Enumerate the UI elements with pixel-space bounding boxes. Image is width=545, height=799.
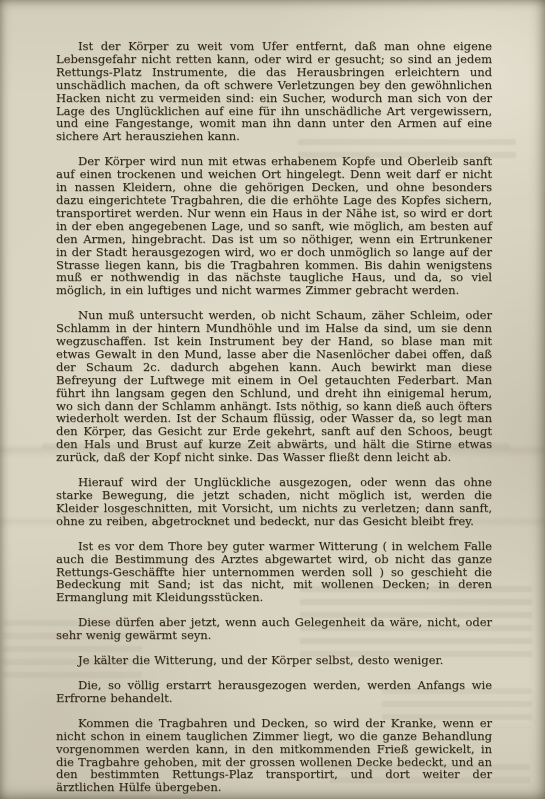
paragraph: Der Körper wird nun mit etwas erhabenem … (56, 155, 492, 297)
paragraph: Kommen die Tragbahren und Decken, so wir… (56, 717, 492, 794)
scanned-book-page: Ist der Körper zu weit vom Ufer entfernt… (0, 0, 545, 799)
paragraph: Die, so völlig erstarrt herausgezogen we… (56, 679, 492, 705)
paragraph: Hierauf wird der Unglückliche ausgezogen… (56, 476, 492, 528)
paragraph: Diese dürfen aber jetzt, wenn auch Geleg… (56, 616, 492, 642)
paragraph: Ist der Körper zu weit vom Ufer entfernt… (56, 40, 492, 143)
paragraph: Ist es vor dem Thore bey guter warmer Wi… (56, 540, 492, 605)
paragraph: Je kälter die Witterung, und der Körper … (56, 654, 492, 667)
page-text-block: Ist der Körper zu weit vom Ufer entfernt… (56, 40, 492, 799)
paragraph: Nun muß untersucht werden, ob nicht Scha… (56, 309, 492, 464)
